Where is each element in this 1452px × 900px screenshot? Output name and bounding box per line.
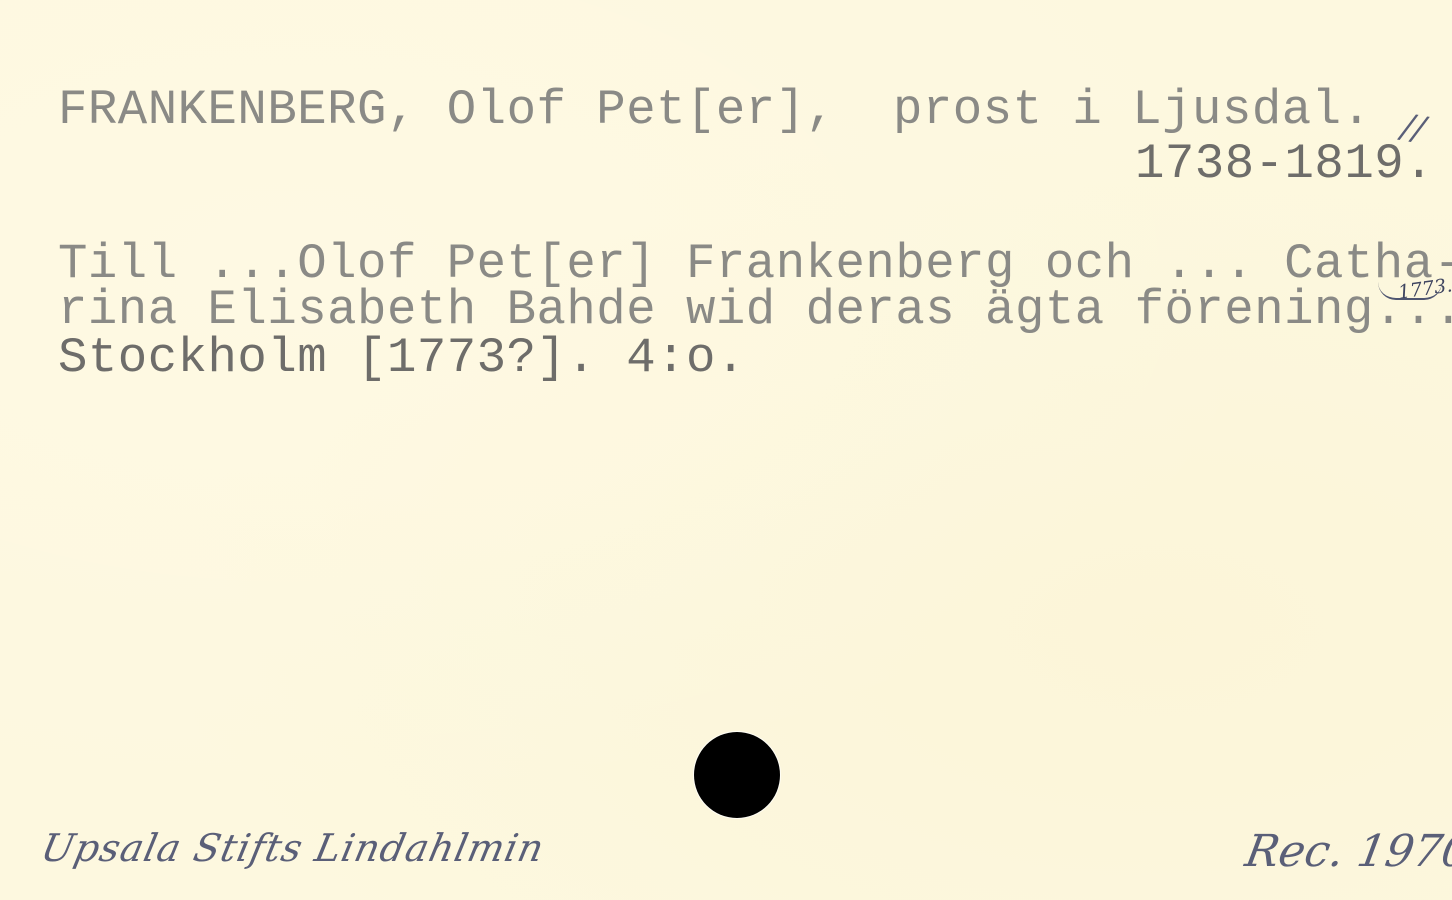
punch-hole	[694, 732, 780, 818]
body-line-2: rina Elisabeth Bahde wid deras ägta före…	[58, 286, 1452, 335]
heading-name: FRANKENBERG, Olof Pet[er],	[58, 86, 836, 135]
handwritten-bottom-left: Upsala Stifts Lindahlmin	[37, 826, 548, 870]
heading-dates: 1738-1819.	[1135, 140, 1434, 189]
body-line-3: Stockholm [1773?]. 4:o.	[58, 334, 746, 383]
heading-title: prost i Ljusdal.	[893, 86, 1371, 135]
catalog-card: FRANKENBERG, Olof Pet[er], prost i Ljusd…	[0, 0, 1452, 900]
margin-note-underline	[1378, 282, 1442, 300]
handwritten-bottom-right: Rec. 1970	[1242, 826, 1452, 877]
